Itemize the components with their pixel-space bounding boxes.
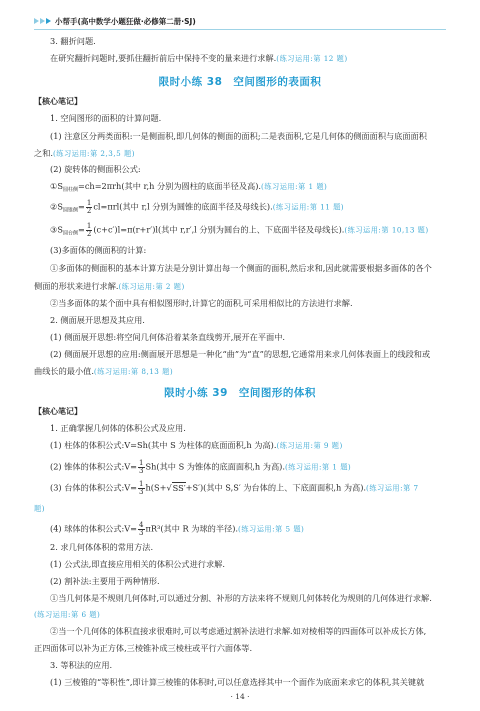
fraction: 12 [86,223,92,238]
exercise-ref: (练习运用:第 6 题) [34,610,100,619]
exercise-ref: (练习运用:第 2,3,5 题) [53,149,135,158]
exercise-ref: (练习运用:第 10,13 题) [344,226,428,235]
page-number: · 14 · [0,692,480,701]
core-notes-label: 【核心笔记】 [34,406,82,417]
s39-p2-2-1-ref: (练习运用:第 6 题) [34,609,100,620]
arrow-icon [46,18,51,24]
s38-p1-1b: 之和.(练习运用:第 2,3,5 题) [34,148,135,159]
s39-p3-1: (1) 三棱锥的“等积性”,即计算三棱锥的体积时,可以任意选择其中一个面作为底面… [50,677,424,688]
intro-item3-title: 3. 翻折问题. [50,36,96,47]
s39-v3-ref-cont: 题) [34,503,45,514]
arrow-icon [34,18,39,24]
exercise-ref: (练习运用:第 7 [366,484,419,493]
exercise-ref: (练习运用:第 2 题) [118,282,184,291]
fraction: 12 [86,200,92,215]
formula-cone-lateral: ②S圆锥侧=12cl=πrl(其中 r,l 分别为圆锥的底面半径及母线长).(练… [50,200,344,217]
s38-p2-1: (1) 侧面展开思想:将空间几何体沿着某条直线剪开,展开在平面中. [50,332,285,343]
s39-p2: 2. 求几何体体积的常用方法. [50,542,153,553]
exercise-ref: (练习运用:第 9 题) [276,441,342,450]
s38-p1-3: (3)多面体的侧面积的计算: [50,245,146,256]
section-title-38: 限时小练 38 空间图形的表面积 [0,74,480,89]
exercise-ref: (练习运用:第 1 题) [285,463,351,472]
arrow-icons [34,18,52,24]
exercise-ref: (练习运用:第 5 题) [238,525,304,534]
exercise-ref: (练习运用:第 8,13 题) [94,367,173,376]
fraction: 43 [138,522,144,537]
exercise-ref: (练习运用:第 11 题) [273,203,344,212]
formula-cylinder-lateral: ①S圆柱侧=ch=2πrh(其中 r,h 分别为圆柱的底面半径及高).(练习运用… [50,181,327,196]
formula-sphere-volume: (4) 球体的体积公式:V=43πR³(其中 R 为球的半径).(练习运用:第 … [50,522,304,537]
s39-p2-2-2: ②当一个几何体的体积直接求很难时,可以考虑通过割补法进行求解.如对棱相等的四面体… [50,626,426,637]
fraction: 13 [138,460,144,475]
s38-p2-2: (2) 侧面展开思想的应用:侧面展开思想是一种化“曲”为“直”的思想,它通常用来… [50,349,430,360]
arrow-icon [40,18,45,24]
s39-p1: 1. 正确掌握几何体的体积公式及应用. [50,423,186,434]
s39-p3: 3. 等积法的应用. [50,660,112,671]
book-title: 小帮手(高中数学小题狂做·必修第二册·SJ) [55,16,196,27]
s39-p2-2: (2) 割补法:主要用于两种情形. [50,576,160,587]
formula-frustum-volume: (3) 台体的体积公式:V=13h(S+√SS′+S′)(其中 S,S′ 为台体… [50,481,419,496]
s38-p2-2b: 曲线长的最小值.(练习运用:第 8,13 题) [34,366,173,377]
core-notes-label: 【核心笔记】 [34,96,82,107]
intro-item3-text: 在研究翻折问题时,要抓住翻折前后中保持不变的量来进行求解.(练习运用:第 12 … [50,53,348,64]
s38-p1-3-1b: 侧面的形状来进行求解.(练习运用:第 2 题) [34,281,185,292]
section-title-39: 限时小练 39 空间图形的体积 [0,385,480,400]
s38-p1-2: (2) 旋转体的侧面积公式: [50,164,141,175]
s39-p2-1: (1) 公式法,即直接应用相关的体积公式进行求解. [50,559,225,570]
formula-pyramid-volume: (2) 锥体的体积公式:V=13Sh(其中 S 为锥体的底面面积,h 为高).(… [50,460,351,475]
formula-frustum-lateral: ③S圆台侧=12(c+c′)l=π(r+r′)l(其中 r,r′,l 分别为圆台… [50,223,429,240]
s38-p1-3-2: ②当多面体的某个面中具有相似图形时,计算它的面积,可采用相似比的方法进行求解. [50,298,353,309]
s38-p1-3-1: ①多面体的侧面积的基本计算方法是分别计算出每一个侧面的面积,然后求和,因此就需要… [50,263,432,274]
running-header: 小帮手(高中数学小题狂做·必修第二册·SJ) [34,13,446,30]
s38-p1-1: (1) 注意区分两类面积:一是侧面积,即几何体的侧面的面积;二是表面积,它是几何… [50,131,427,142]
s39-p2-2-1: ①当几何体是不规则几何体时,可以通过分割、补形的方法来将不规则几何体转化为规则的… [50,593,432,604]
exercise-ref: 题) [34,504,45,513]
s39-p2-2-2b: 正四面体可以补为正方体,三棱锥补成三棱柱或平行六面体等. [34,643,252,654]
s38-p1: 1. 空间图形的面积的计算问题. [50,113,161,124]
fraction: 13 [138,481,144,496]
formula-prism-volume: (1) 柱体的体积公式:V=Sh(其中 S 为柱体的底面面积,h 为高).(练习… [50,440,343,451]
exercise-ref: (练习运用:第 1 题) [261,182,327,191]
exercise-ref: (练习运用:第 12 题) [276,54,347,63]
s38-p2: 2. 侧面展开思想及其应用. [50,315,145,326]
